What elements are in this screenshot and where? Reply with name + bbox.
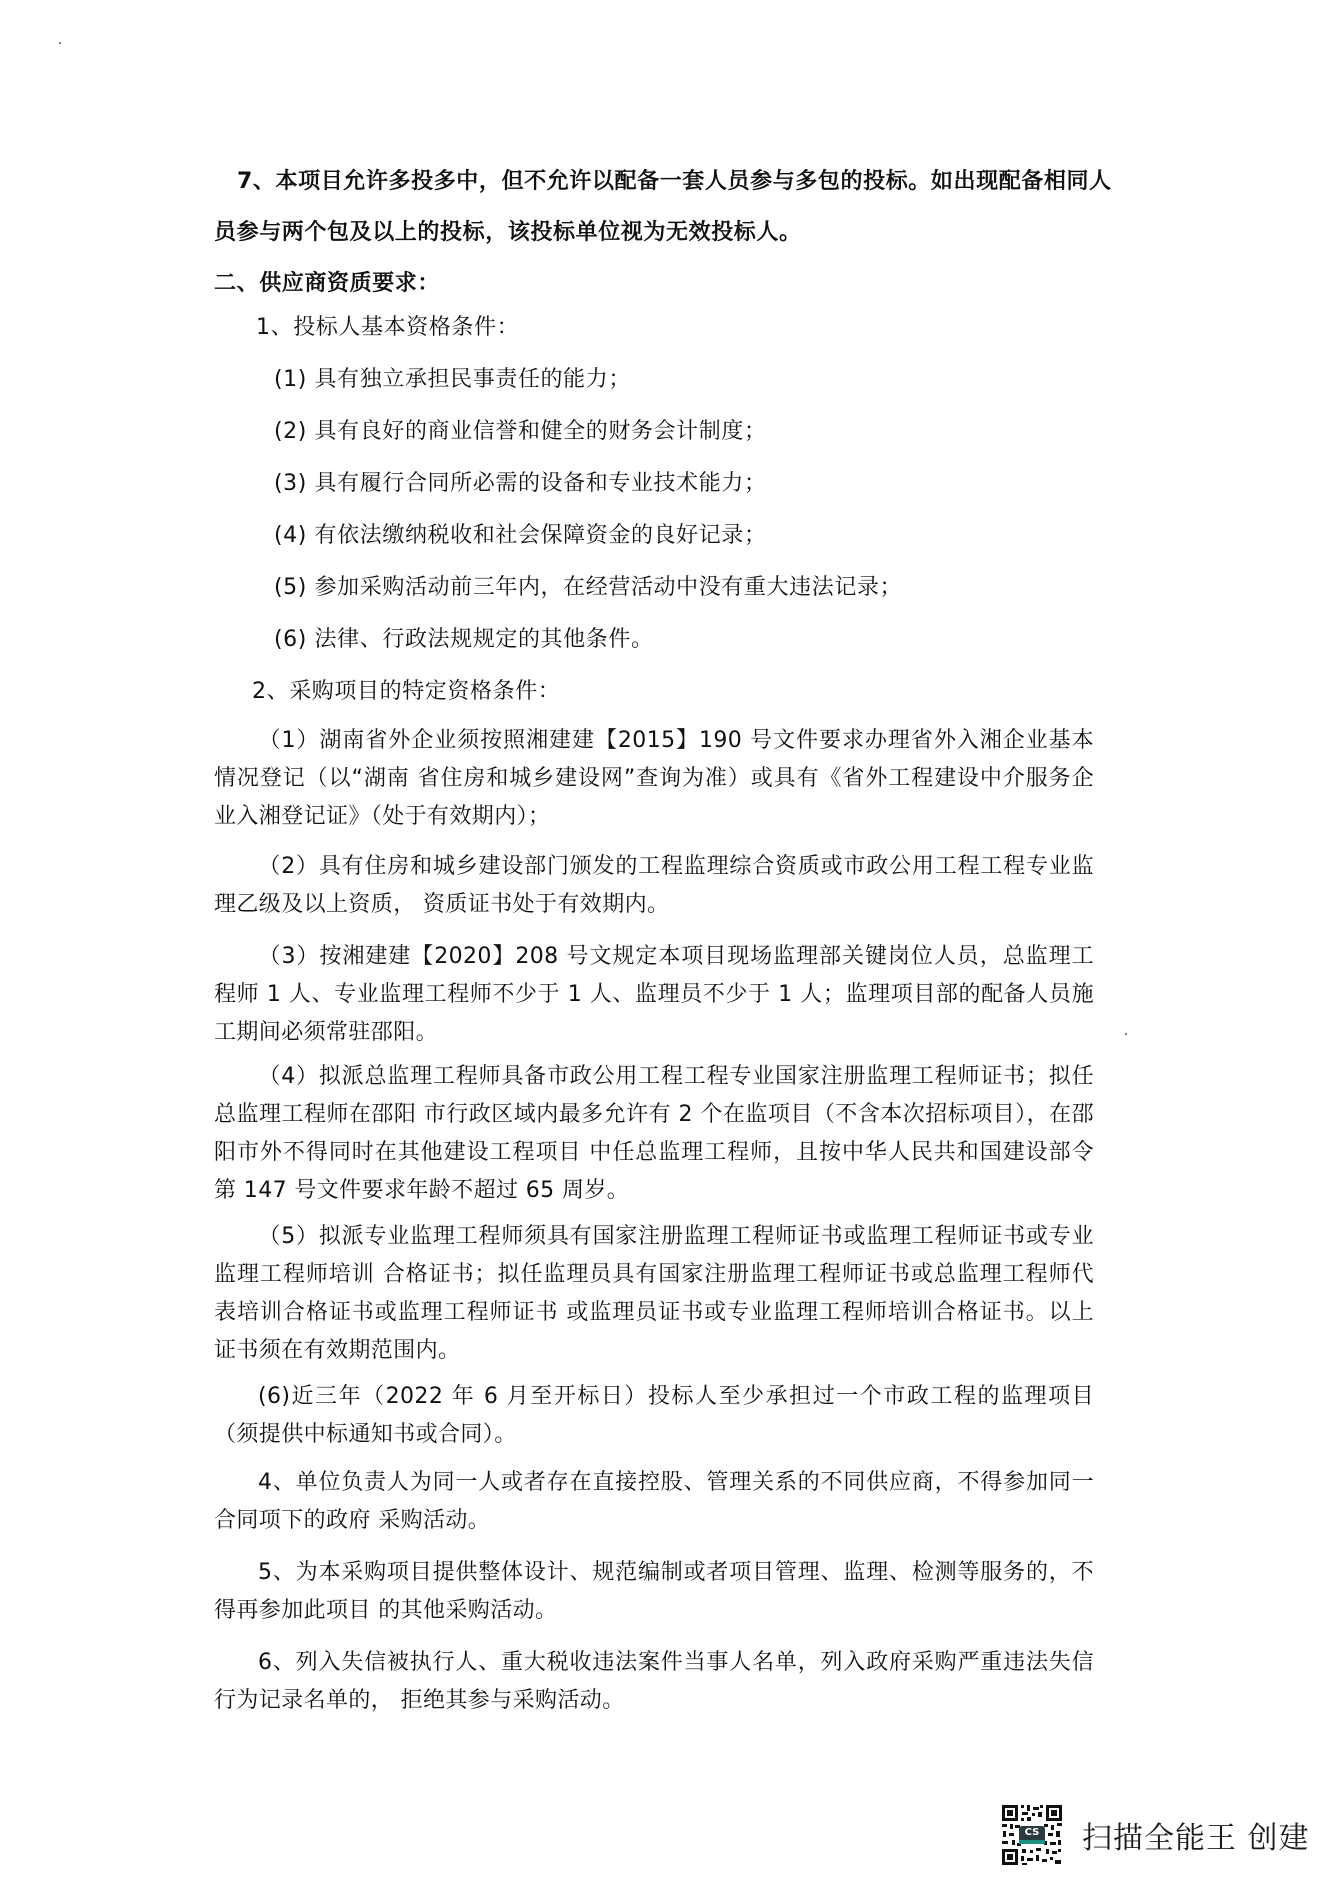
watermark-text: 扫描全能王 创建 [1082,1813,1310,1857]
cs-badge-label: CS [1019,1827,1045,1839]
specific-item-5: （5）拟派专业监理工程师须具有国家注册监理工程师证书或监理工程师证书或专业监理工… [214,1218,1094,1370]
specific-item-4: （4）拟派总监理工程师具备市政公用工程工程专业国家注册监理工程师证书；拟任总监理… [214,1058,1094,1210]
scanner-watermark: CS 扫描全能王 创建 [1000,1803,1310,1867]
specific-qualifications-title: 2、采购项目的特定资格条件： [252,677,560,707]
rule-5: 5、为本采购项目提供整体设计、规范编制或者项目管理、监理、检测等服务的，不得再参… [214,1554,1094,1630]
basic-item-5: (5) 参加采购活动前三年内，在经营活动中没有重大违法记录； [274,573,902,603]
camscanner-qr-icon: CS [1000,1803,1064,1867]
specific-item-2: （2）具有住房和城乡建设部门颁发的工程监理综合资质或市政公用工程工程专业监理乙级… [214,848,1094,924]
basic-qualifications-title: 1、投标人基本资格条件： [256,313,519,343]
rule-4: 4、单位负责人为同一人或者存在直接控股、管理关系的不同供应商，不得参加同一合同项… [214,1464,1094,1540]
item7-line-2: 员参与两个包及以上的投标，该投标单位视为无效投标人。 [214,218,802,248]
item7-line-1: 7、本项目允许多投多中，但不允许以配备一套人员参与多包的投标。如出现配备相同人 [237,167,1112,197]
specific-item-3: （3）按湘建建【2020】208 号文规定本项目现场监理部关键岗位人员，总监理工… [214,938,1094,1052]
basic-item-4: (4) 有依法缴纳税收和社会保障资金的良好记录； [274,521,767,551]
basic-item-1: (1) 具有独立承担民事责任的能力； [274,365,631,395]
specific-item-6: (6)近三年（2022 年 6 月至开标日）投标人至少承担过一个市政工程的监理项… [214,1378,1094,1454]
rule-6: 6、列入失信被执行人、重大税收违法案件当事人名单，列入政府采购严重违法失信行为记… [214,1644,1094,1720]
section-heading: 二、供应商资质要求： [214,269,440,299]
basic-item-2: (2) 具有良好的商业信誉和健全的财务会计制度； [274,417,767,447]
specific-item-1: （1）湖南省外企业须按照湘建建【2015】190 号文件要求办理省外入湘企业基本… [214,722,1094,836]
basic-item-6: (6) 法律、行政法规规定的其他条件。 [274,625,654,655]
scan-speck [1125,1033,1127,1035]
scan-speck [59,42,61,44]
basic-item-3: (3) 具有履行合同所必需的设备和专业技术能力； [274,469,767,499]
